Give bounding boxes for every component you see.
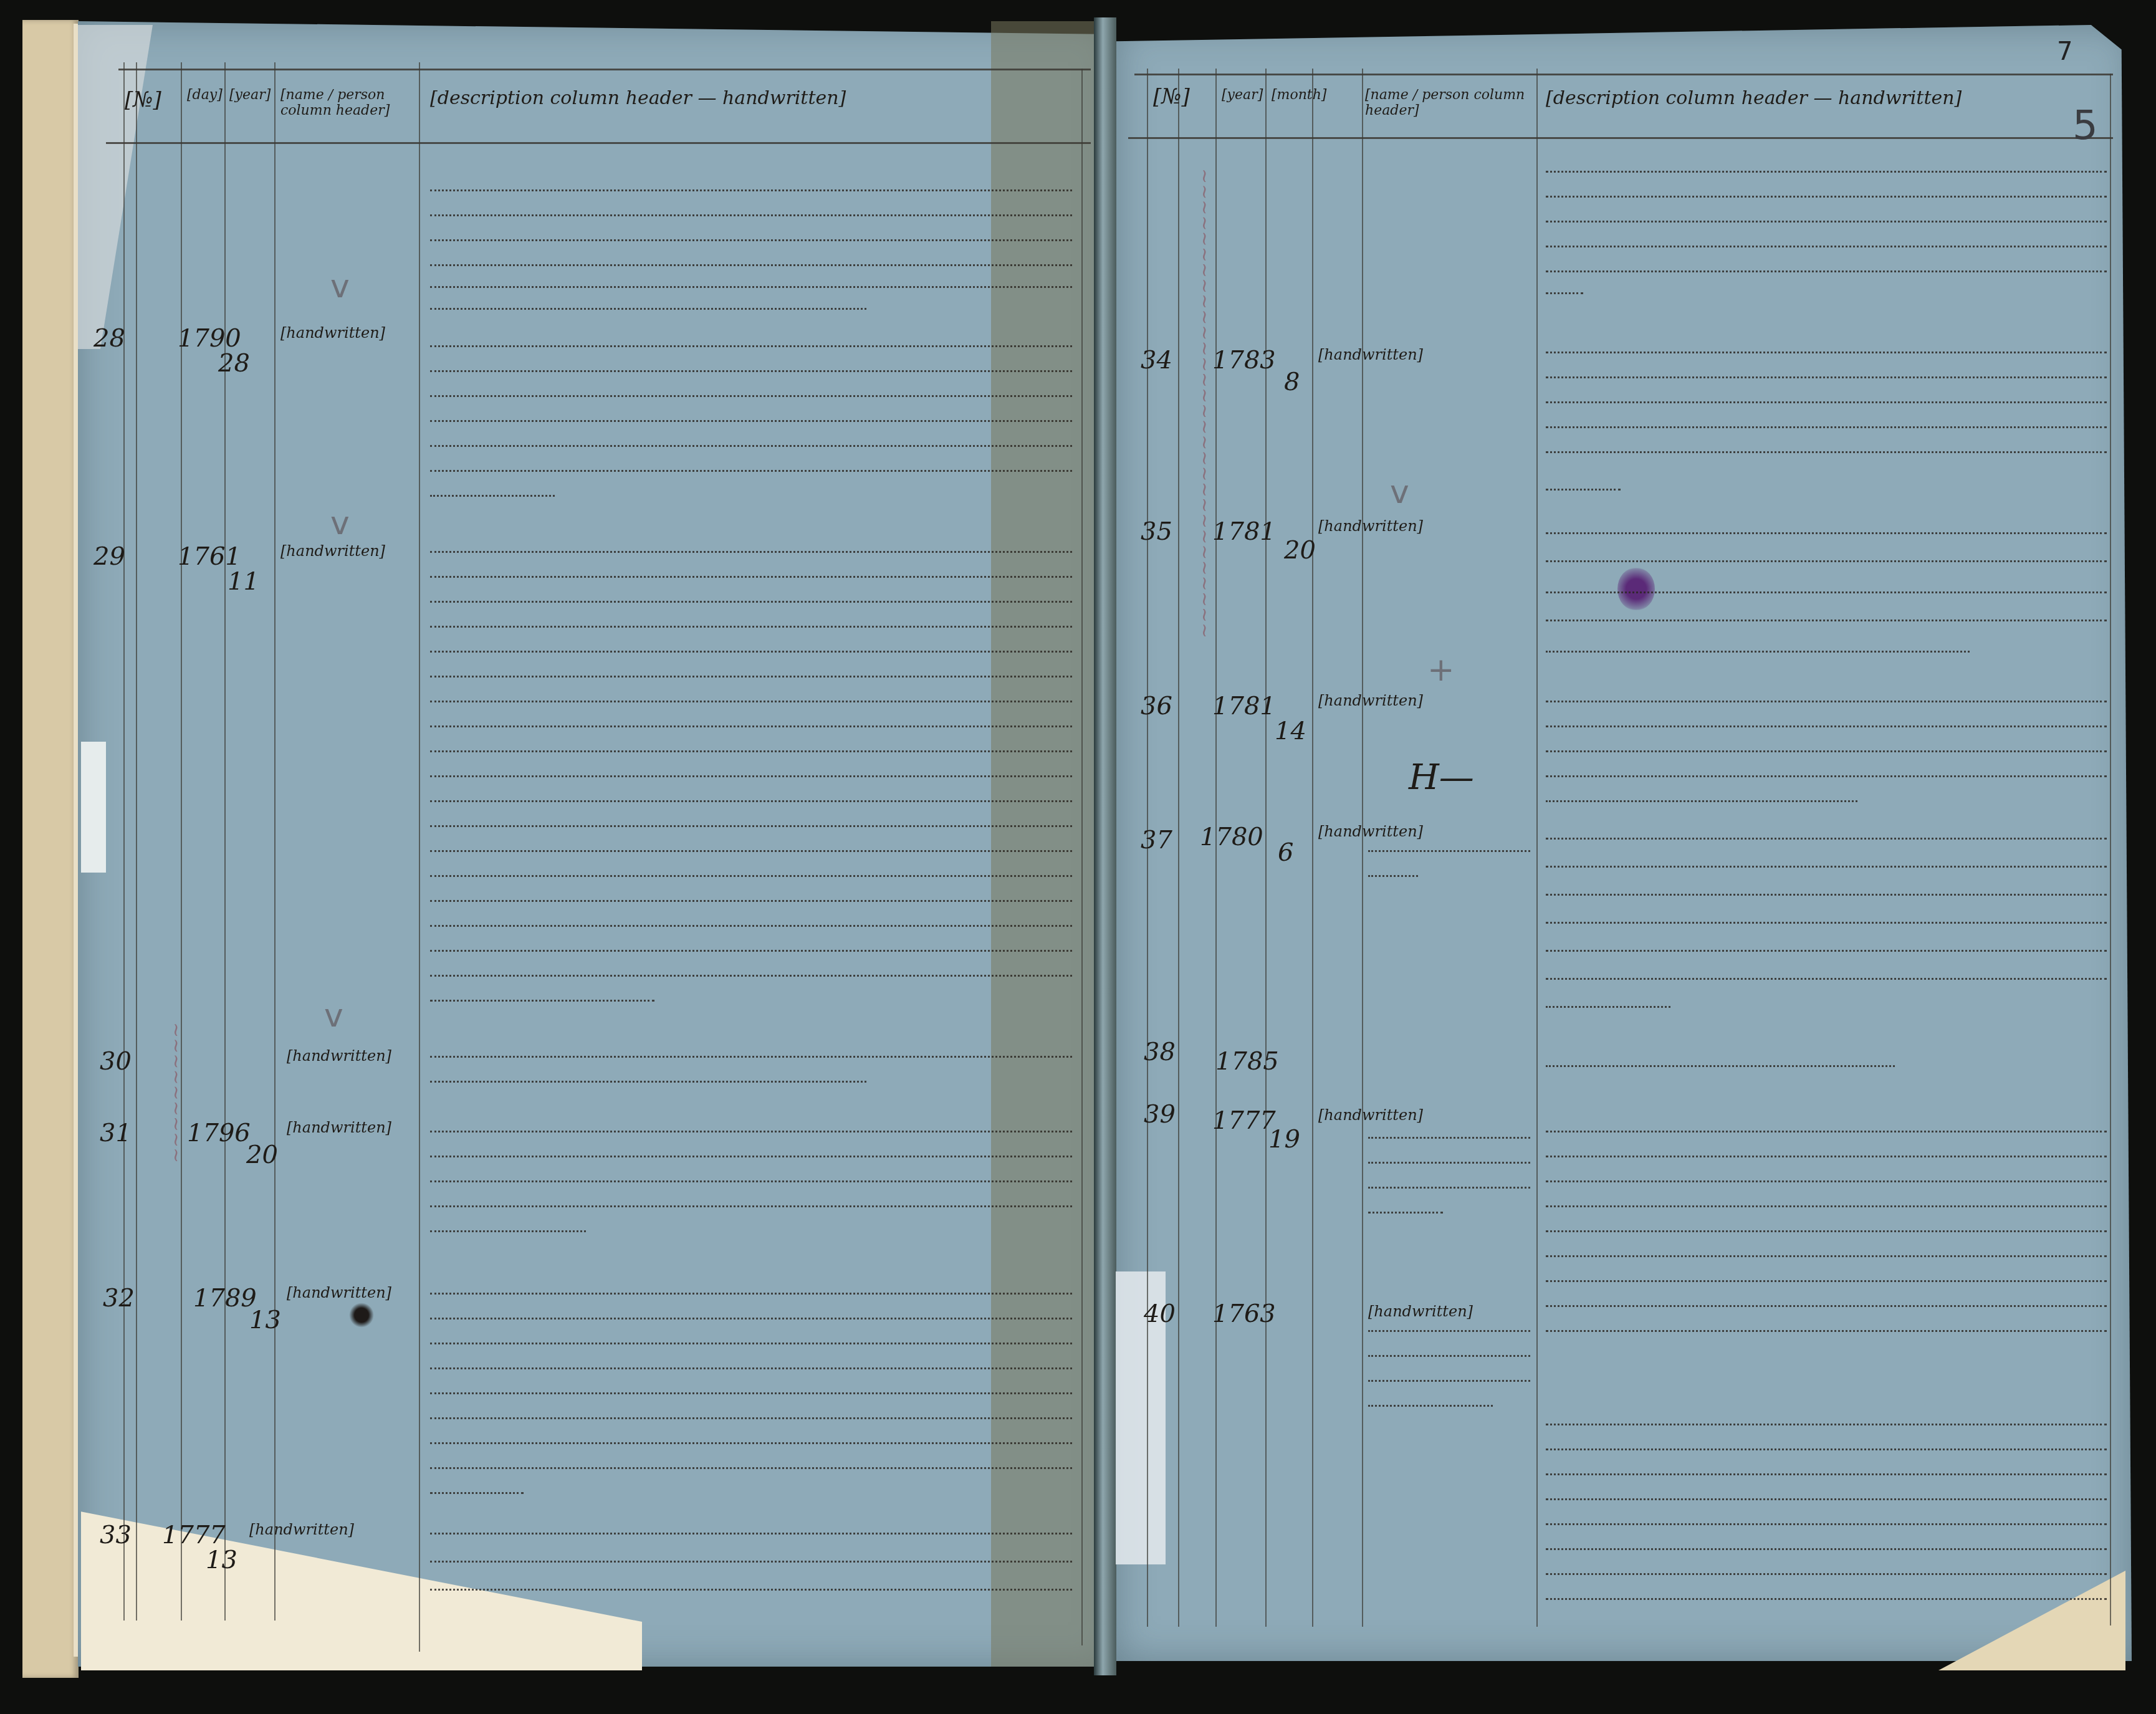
entry-name: [handwritten] [1368,1303,1473,1320]
red-pencil-marginal-note: ~~~~~~~~~~~~~~~~~~~~~~~~~~~~~~ [1194,168,1215,1103]
red-pencil-marginal-note: ~~~~~~~~~ [165,1022,187,1296]
header-bottom-rule [1128,137,2113,139]
header-description: [description column header — handwritten… [1546,87,1962,109]
entry-year: 1783 [1212,346,1276,375]
entry-date: 14 [1275,717,1306,745]
entry-date: 20 [246,1141,278,1169]
entry-number: 29 [93,542,125,571]
entry-date: 20 [1284,536,1316,565]
header-number: [№] [125,87,161,112]
mark-h: H— [1409,757,1474,798]
folio-number: 7 [2057,37,2072,66]
checkmark-icon: v [330,268,350,305]
header-name: [name / person column header] [1365,87,1527,118]
entry-year: 1785 [1215,1047,1279,1076]
entry-number: 35 [1141,517,1172,546]
col-divider [274,62,275,1621]
header-name: [name / person column header] [280,87,411,118]
entry-year: 1796 [187,1119,251,1147]
entry-number: 30 [100,1047,132,1076]
col-divider [419,62,420,1652]
header-number: [№] [1153,84,1190,109]
entry-name: [handwritten] [1318,517,1423,535]
binding-edge [22,20,79,1678]
header-day: [day] [187,87,223,103]
checkmark-icon: v [330,505,350,542]
entry-year: 1777 [1212,1106,1276,1135]
entry-name: [handwritten] [1318,1106,1423,1124]
entry-number: 39 [1144,1100,1176,1129]
header-description: [description column header — handwritten… [430,87,846,109]
col-divider [1536,69,1538,1627]
entry-number: 31 [100,1119,132,1147]
checkmark-icon: v [324,997,343,1035]
col-divider [1265,69,1267,1627]
entry-number: 37 [1141,826,1172,855]
entry-number: 34 [1141,346,1172,375]
page-number: 5 [2072,103,2098,149]
entry-name: [handwritten] [287,1284,391,1301]
checkmark-icon: v [1390,474,1409,511]
entry-year: 1789 [193,1284,257,1313]
col-divider [181,62,182,1621]
page-gutter [1094,17,1116,1675]
col-divider [2110,74,2111,1625]
entry-name: [handwritten] [1318,692,1423,709]
entry-year: 1781 [1212,517,1276,546]
header-top-rule [118,69,1091,70]
entry-name: [handwritten] [249,1521,354,1538]
entry-number: 32 [103,1284,135,1313]
entry-date: 11 [228,567,259,596]
header-month: [month] [1272,87,1326,103]
entry-name: [handwritten] [280,542,385,560]
entry-number: 38 [1144,1038,1176,1066]
entry-name: [handwritten] [280,324,385,342]
entry-date: 8 [1284,368,1300,396]
paper-patch [81,742,106,873]
col-divider [123,62,125,1621]
entry-date: 19 [1268,1125,1300,1154]
col-divider [136,62,137,1621]
entry-number: 36 [1141,692,1172,721]
col-divider [1178,69,1179,1627]
header-year: [year] [229,87,271,103]
entry-name: [handwritten] [1318,823,1423,840]
header-bottom-rule [106,142,1091,144]
entry-date: 6 [1278,838,1293,867]
header-year: [year] [1222,87,1263,103]
entry-name: [handwritten] [287,1119,391,1136]
cross-icon: + [1427,651,1455,689]
entry-number: 33 [100,1521,132,1549]
col-divider [224,62,226,1621]
header-top-rule [1134,74,2113,75]
col-divider [1312,69,1313,1627]
entry-date: 13 [206,1546,237,1574]
entry-name: [handwritten] [1318,346,1423,363]
left-page [78,21,1113,1667]
col-divider [1362,69,1363,1627]
col-divider [1081,69,1083,1645]
ink-blot [349,1303,374,1328]
entry-number: 40 [1144,1300,1176,1328]
entry-year: 1781 [1212,692,1276,721]
entry-number: 28 [93,324,125,353]
entry-date: 13 [249,1306,281,1334]
entry-date: 28 [218,349,250,378]
entry-name: [handwritten] [287,1047,391,1065]
entry-year: 1763 [1212,1300,1276,1328]
